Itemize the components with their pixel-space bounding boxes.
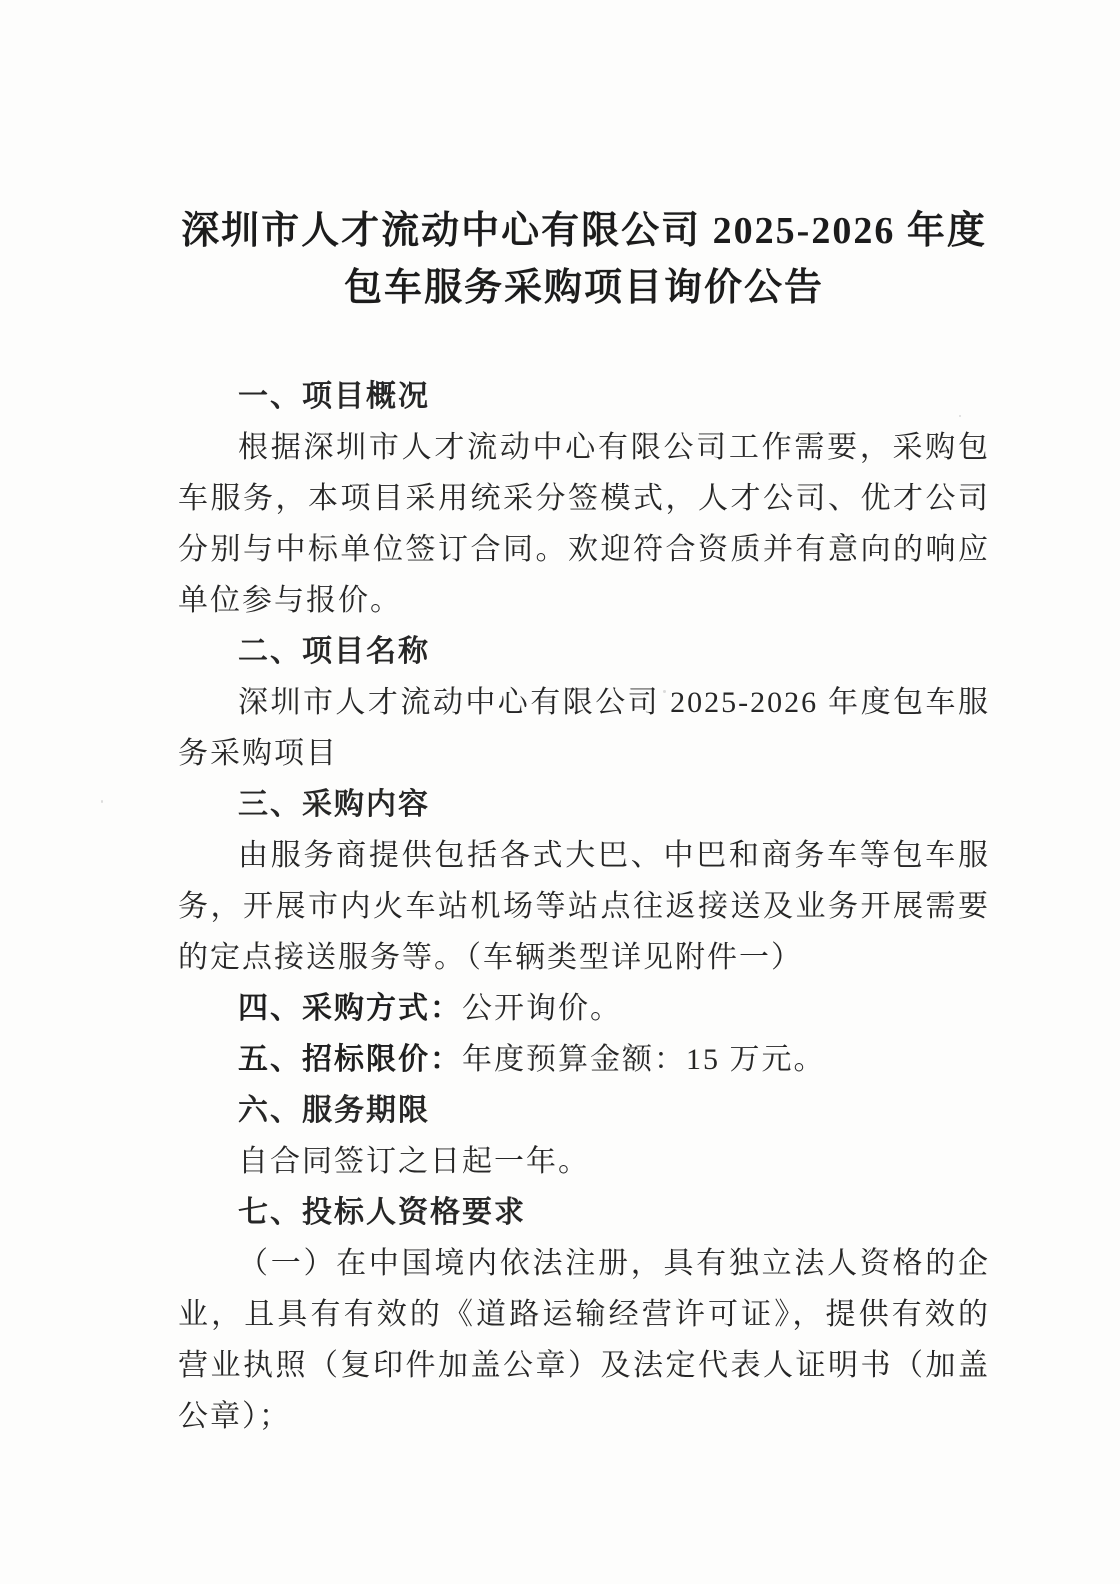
document-title-line-1: 深圳市人才流动中心有限公司 2025-2026 年度 (178, 203, 990, 260)
section-2-heading: 二、项目名称 (178, 626, 990, 677)
section-6-heading: 六、服务期限 (178, 1085, 990, 1136)
document-title-line-2: 包车服务采购项目询价公告 (178, 260, 990, 317)
document-body: 一、项目概况 根据深圳市人才流动中心有限公司工作需要，采购包车服务，本项目采用统… (178, 371, 990, 1442)
section-5-text: 年度预算金额：15 万元。 (462, 1043, 826, 1076)
section-5-heading: 五、招标限价： (238, 1043, 462, 1076)
scan-speck (101, 800, 103, 803)
document-title: 深圳市人才流动中心有限公司 2025-2026 年度 包车服务采购项目询价公告 (178, 203, 990, 317)
section-7-paragraph: （一）在中国境内依法注册，具有独立法人资格的企业，且具有有效的《道路运输经营许可… (178, 1238, 990, 1442)
document-page: 深圳市人才流动中心有限公司 2025-2026 年度 包车服务采购项目询价公告 … (0, 0, 1120, 1584)
document-content: 深圳市人才流动中心有限公司 2025-2026 年度 包车服务采购项目询价公告 … (178, 203, 990, 1442)
section-2-paragraph: 深圳市人才流动中心有限公司 2025-2026 年度包车服务采购项目 (178, 677, 990, 779)
section-1-paragraph: 根据深圳市人才流动中心有限公司工作需要，采购包车服务，本项目采用统采分签模式，人… (178, 422, 990, 626)
section-7-heading: 七、投标人资格要求 (178, 1187, 990, 1238)
section-4-text: 公开询价。 (462, 992, 622, 1025)
scan-speck (663, 690, 666, 693)
section-3-paragraph: 由服务商提供包括各式大巴、中巴和商务车等包车服务，开展市内火车站机场等站点往返接… (178, 830, 990, 983)
section-6-paragraph: 自合同签订之日起一年。 (178, 1136, 990, 1187)
section-4-line: 四、采购方式：公开询价。 (178, 983, 990, 1034)
section-4-heading: 四、采购方式： (238, 992, 462, 1025)
scan-speck (959, 415, 961, 417)
section-1-heading: 一、项目概况 (178, 371, 990, 422)
section-5-line: 五、招标限价：年度预算金额：15 万元。 (178, 1034, 990, 1085)
section-3-heading: 三、采购内容 (178, 779, 990, 830)
